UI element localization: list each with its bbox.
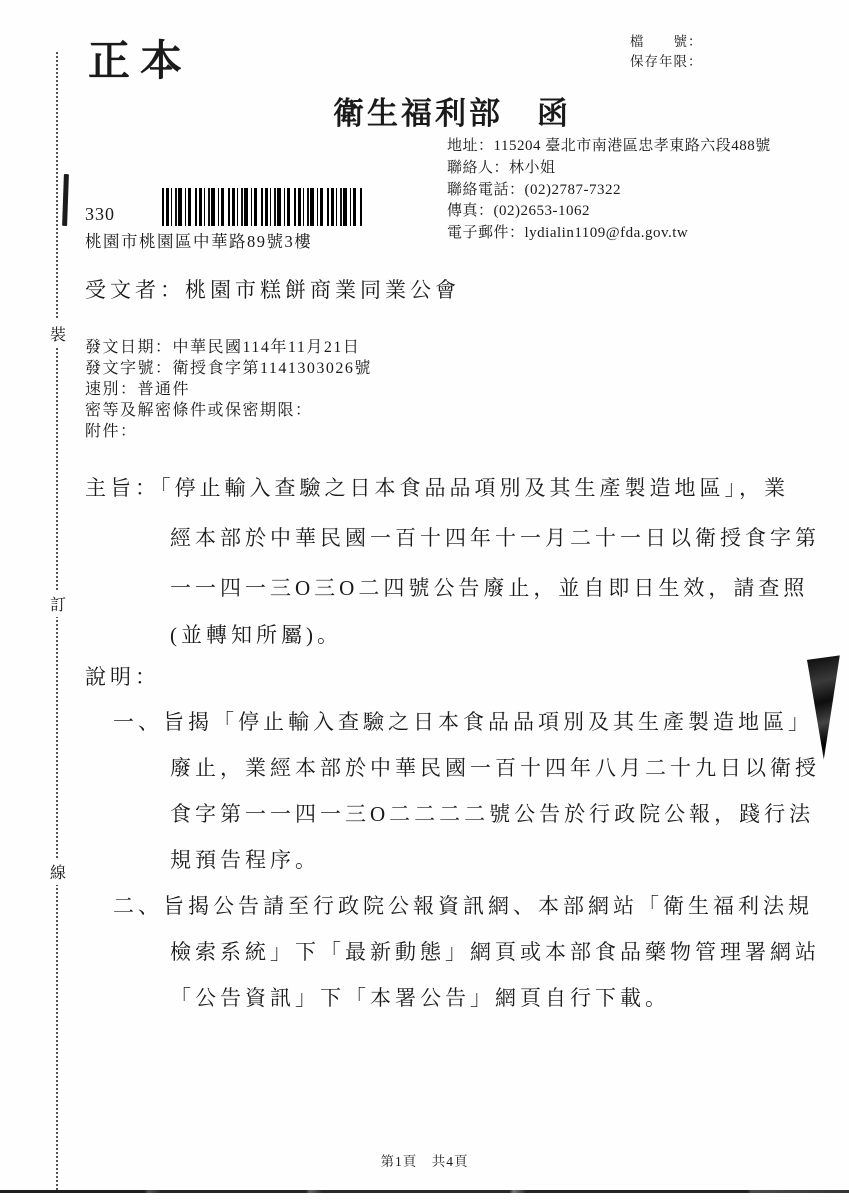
official-letter-page: 裝 訂 線 正本 檔 號： 保存年限： 衛生福利部 函 地址：115204 臺北… <box>0 0 849 1200</box>
sender-address: 地址：115204 臺北市南港區忠孝東路六段488號 <box>447 136 771 158</box>
binding-mark-ding: 訂 <box>47 590 69 617</box>
document-title: 衛生福利部 函 <box>333 88 571 133</box>
sender-email: 電子郵件：lydialin1109@fda.gov.tw <box>447 223 771 245</box>
scan-edge-line <box>0 1190 849 1193</box>
explanation-item1-line4: 規預告程序。 <box>170 844 320 874</box>
mailing-address: 桃園市桃園區中華路89號3樓 <box>85 228 312 252</box>
scan-artifact-stroke <box>62 174 69 226</box>
mailing-barcode <box>162 188 362 226</box>
explanation-header: 說明： <box>85 661 160 691</box>
speed-class-line: 速別：普通件 <box>85 379 372 400</box>
sender-fax: 傳真：(02)2653-1062 <box>447 201 771 223</box>
explanation-item2-line2: 檢索系統」下「最新動態」網頁或本部食品藥物管理署網站 <box>170 936 820 966</box>
explanation-item1-line2: 廢止，業經本部於中華民國一百十四年八月二十九日以衛授 <box>170 752 820 782</box>
sender-phone: 聯絡電話：(02)2787-7322 <box>447 180 771 202</box>
page-number-indicator: 第1頁 共4頁 <box>0 1150 849 1170</box>
issue-date-line: 發文日期：中華民國114年11月21日 <box>85 337 372 358</box>
attachment-line: 附件： <box>85 421 372 442</box>
subject-line-3: 一一四一三O三O二四號公告廢止，並自即日生效，請查照 <box>170 572 808 602</box>
file-number-block: 檔 號： 保存年限： <box>630 32 703 72</box>
subject-line-1: 主旨：「停止輸入查驗之日本食品品項別及其生產製造地區」，業 <box>85 472 789 502</box>
explanation-item1-line3: 食字第一一四一三O二二二二號公告於行政院公報，踐行法 <box>170 798 814 828</box>
recipient-line: 受文者：桃園市糕餅商業同業公會 <box>85 274 460 304</box>
explanation-item2-line3: 「公告資訊」下「本署公告」網頁自行下載。 <box>170 982 670 1012</box>
sender-info-block: 地址：115204 臺北市南港區忠孝東路六段488號 聯絡人：林小姐 聯絡電話：… <box>447 136 771 245</box>
binding-mark-zhuang: 裝 <box>47 320 69 347</box>
retention-period-label: 保存年限： <box>630 52 703 72</box>
subject-line-2: 經本部於中華民國一百十四年十一月二十一日以衛授食字第 <box>170 522 820 552</box>
doc-number-line: 發文字號：衛授食字第1141303026號 <box>85 358 372 379</box>
binding-dotted-line <box>56 52 58 1190</box>
explanation-item1-line1: 一、旨揭「停止輸入查驗之日本食品品項別及其生產製造地區」 <box>113 706 813 736</box>
copy-type-label: 正本 <box>88 28 192 88</box>
postal-code: 330 <box>85 204 115 225</box>
document-meta-block: 發文日期：中華民國114年11月21日 發文字號：衛授食字第1141303026… <box>85 337 372 442</box>
security-class-line: 密等及解密條件或保密期限： <box>85 400 372 421</box>
explanation-item2-line1: 二、旨揭公告請至行政院公報資訊網、本部網站「衛生福利法規 <box>113 890 813 920</box>
file-number-label: 檔 號： <box>630 32 703 52</box>
binding-mark-xian: 線 <box>47 858 69 885</box>
sender-contact-person: 聯絡人：林小姐 <box>447 158 771 180</box>
subject-line-4: (並轉知所屬)。 <box>170 619 342 649</box>
